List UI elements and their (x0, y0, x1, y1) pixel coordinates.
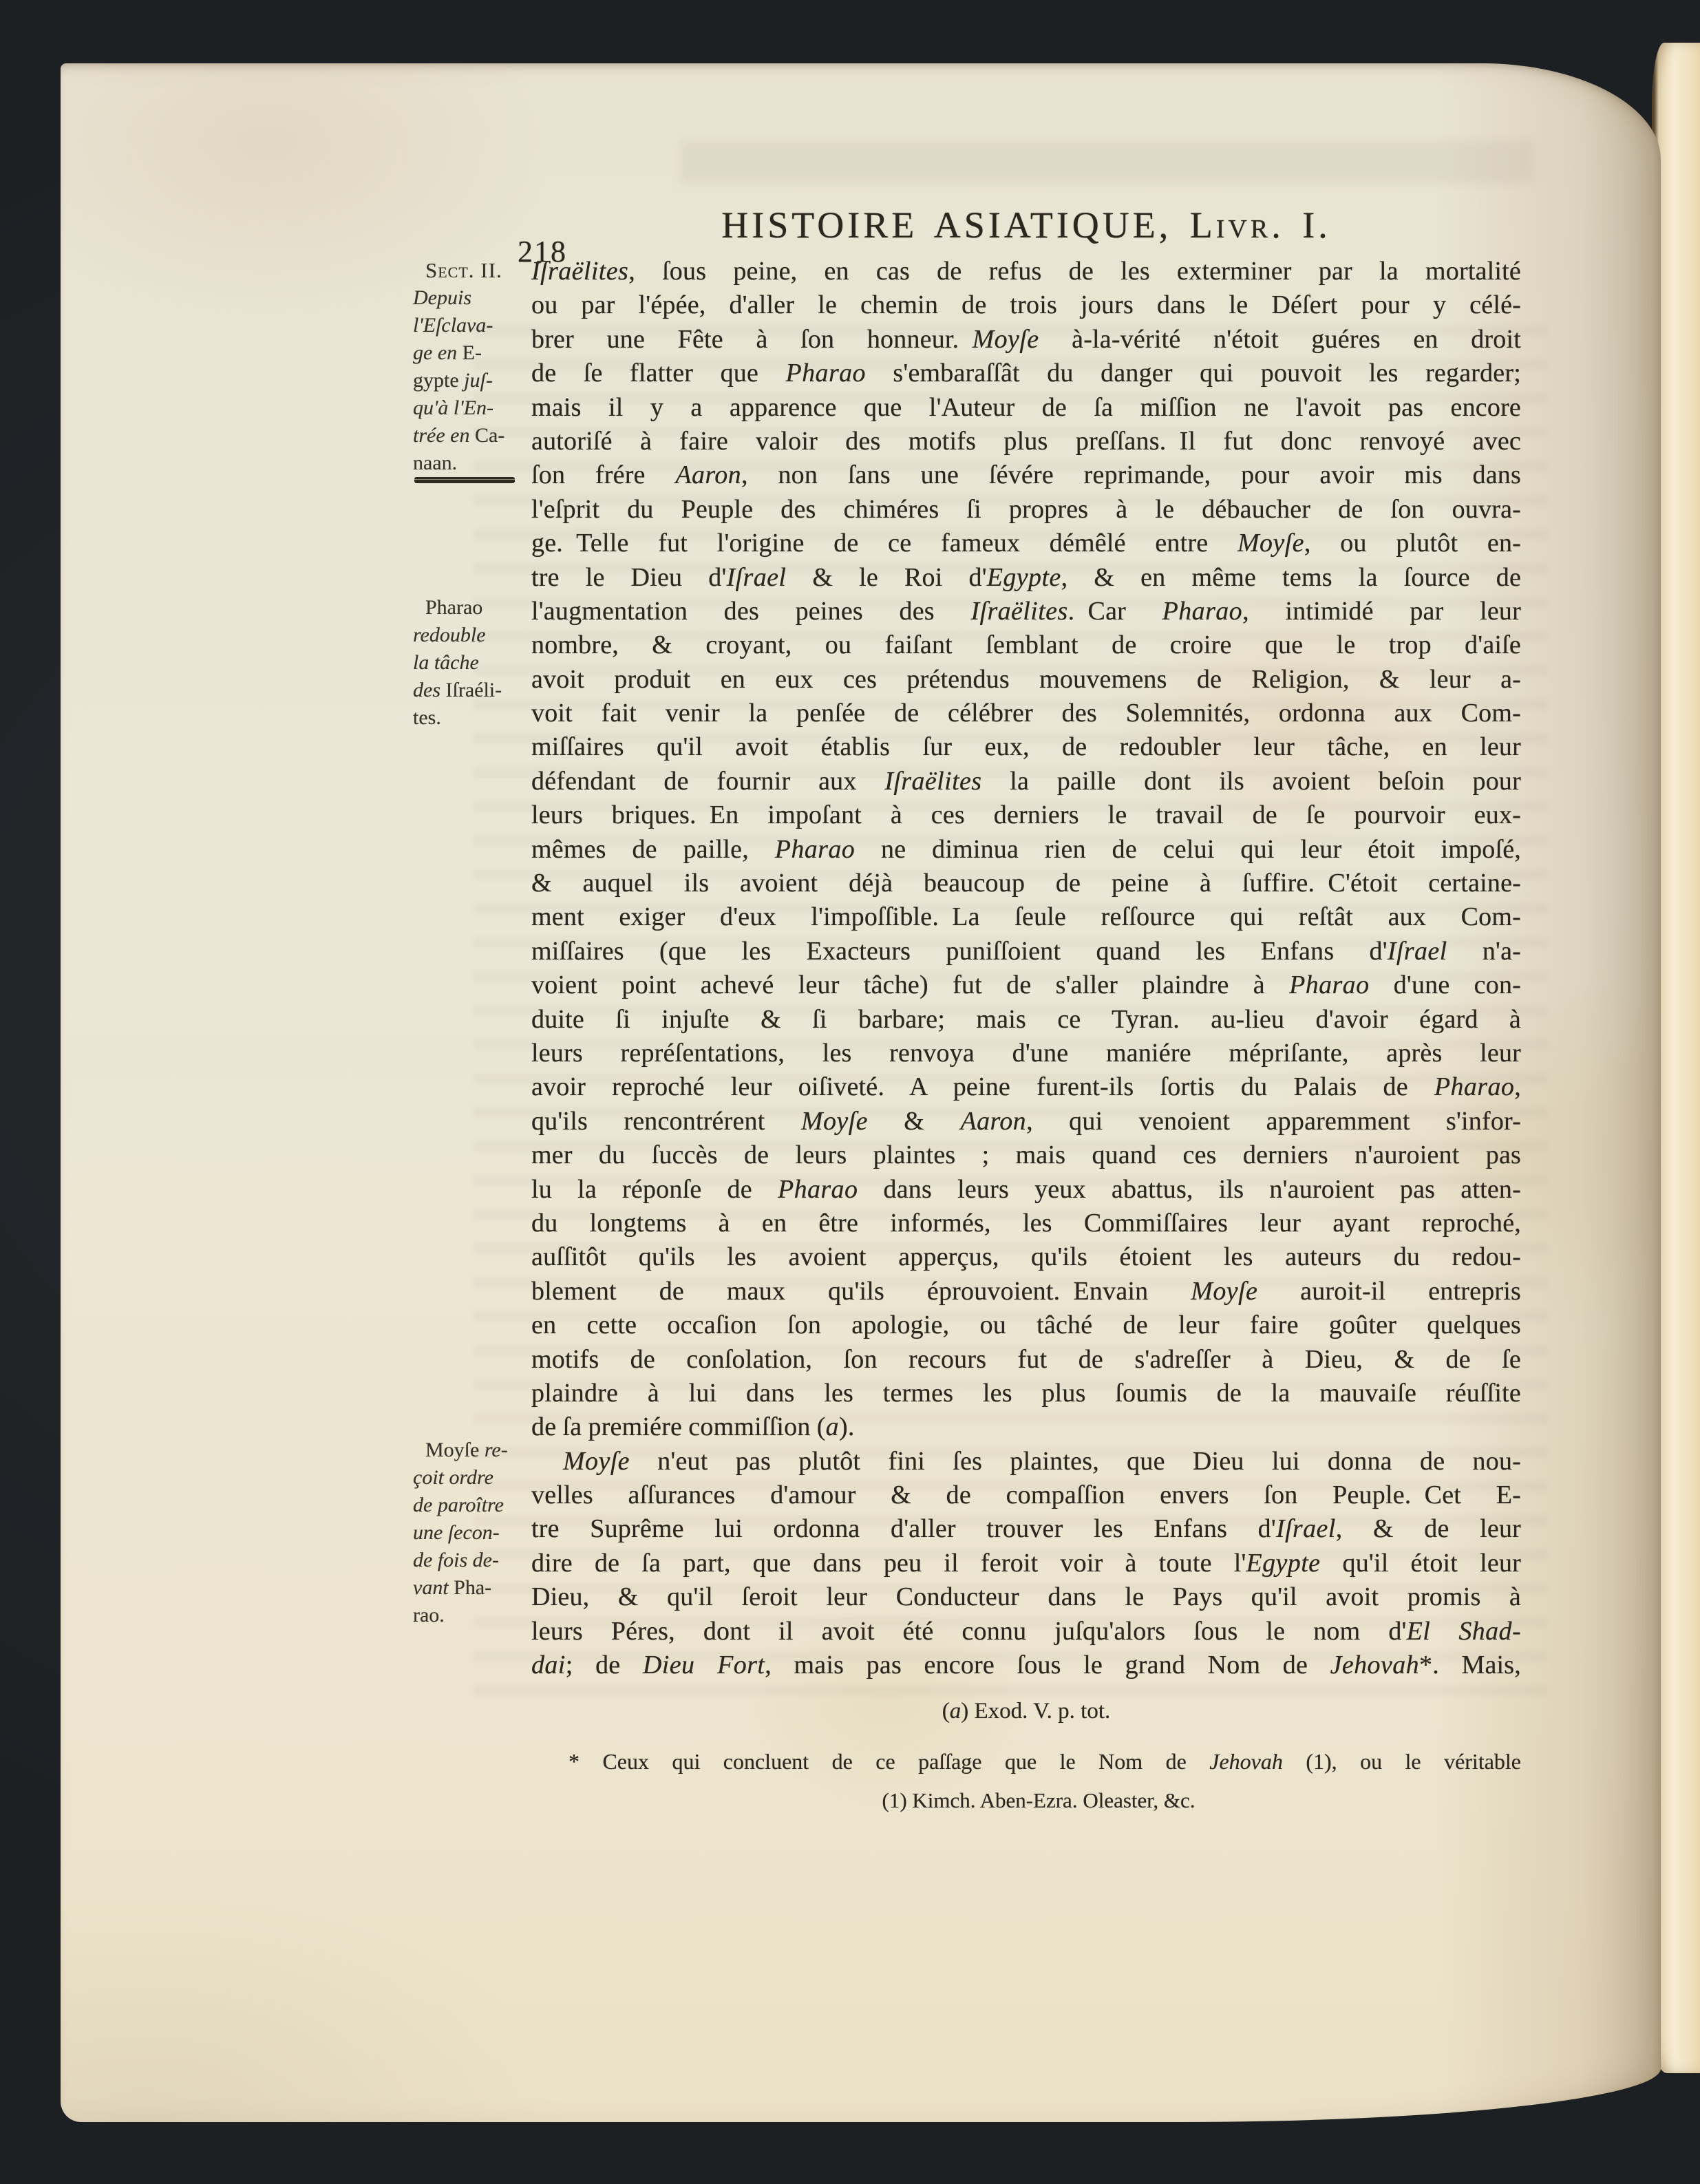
section-divider-rule (414, 477, 515, 483)
text-line: nombre, & croyant, ou faiſant ſemblant d… (531, 628, 1521, 662)
footnote-1: (1) Kimch. Aben-Ezra. Oleaster, &c. (544, 1788, 1533, 1813)
text-line: & auquel ils avoient déjà beaucoup de pe… (531, 867, 1521, 900)
margin-note-line: redouble (413, 622, 534, 649)
text-line: leurs briques. En impoſant à ces dernier… (531, 798, 1521, 832)
text-line: autoriſé à faire valoir des motifs plus … (531, 425, 1521, 458)
text-line: de ſa premiére commiſſion (a). (531, 1410, 1521, 1444)
text-line: défendant de fournir aux Iſraëlites la p… (531, 765, 1521, 798)
text-line: velles aſſurances d'amour & de compaſſio… (531, 1478, 1521, 1512)
text-line: tre Suprême lui ordonna d'aller trouver … (531, 1512, 1521, 1546)
text-line: mais il y a apparence que l'Auteur de ſa… (531, 391, 1521, 425)
book-page: 218 HISTOIRE ASIATIQUE, Livr. I. Sect. I… (61, 63, 1661, 2122)
text-line: ment exiger d'eux l'impoſſible. La ſeule… (531, 900, 1521, 934)
text-line: voit fait venir la penſée de célébrer de… (531, 697, 1521, 730)
text-line: leurs repréſentations, les renvoya d'une… (531, 1037, 1521, 1070)
body-text: Iſraëlites, ſous peine, en cas de refus … (531, 255, 1521, 1682)
text-line: leurs Péres, dont il avoit été connu juſ… (531, 1615, 1521, 1648)
header-title: HISTOIRE ASIATIQUE, (721, 204, 1171, 246)
text-line: motifs de conſolation, ſon recours fut d… (531, 1343, 1521, 1377)
margin-note-line: tes. (413, 704, 534, 732)
text-line: en cette occaſion ſon apologie, ou tâché… (531, 1308, 1521, 1342)
text-line: l'augmentation des peines des Iſraëlites… (531, 595, 1521, 628)
text-line: dai; de Dieu Fort, mais pas encore ſous … (531, 1648, 1521, 1682)
text-line: Moyſe n'eut pas plutôt fini ſes plaintes… (531, 1445, 1521, 1478)
margin-note-line: gypte juſ- (413, 367, 534, 394)
text-line: avoir reproché leur oiſiveté. A peine fu… (531, 1070, 1521, 1104)
text-line: de ſe flatter que Pharao s'embaraſſât du… (531, 357, 1521, 390)
margin-note-line: la tâche (413, 649, 534, 677)
text-line: ſon frére Aaron, non ſans une ſévére rep… (531, 458, 1521, 492)
text-line: Iſraëlites, ſous peine, en cas de refus … (531, 255, 1521, 288)
margin-note-line: qu'à l'En- (413, 394, 534, 422)
text-line: plaindre à lui dans les termes les plus … (531, 1377, 1521, 1410)
margin-note-line: des Iſraéli- (413, 677, 534, 704)
margin-note-line: trée en Ca- (413, 422, 534, 449)
margin-note: Sect. II.Depuisl'Eſclava-ge en E-gypte j… (413, 257, 534, 477)
margin-note-line: çoit ordre (413, 1464, 534, 1492)
text-line: du longtems à en être informés, les Comm… (531, 1207, 1521, 1240)
text-line: mêmes de paille, Pharao ne diminua rien … (531, 833, 1521, 867)
margin-note-line: l'Eſclava- (413, 312, 534, 339)
text-line: ou par l'épée, d'aller le chemin de troi… (531, 288, 1521, 322)
text-line: duite ſi injuſte & ſi barbare; mais ce T… (531, 1003, 1521, 1037)
text-line: Dieu, & qu'il ſeroit leur Conducteur dan… (531, 1580, 1521, 1614)
text-line: blement de maux qu'ils éprouvoient. Enva… (531, 1275, 1521, 1308)
section-heading: Sect. II. (413, 257, 534, 284)
text-line: miſſaires (que les Exacteurs puniſſoient… (531, 935, 1521, 968)
scanned-book-photo: 218 HISTOIRE ASIATIQUE, Livr. I. Sect. I… (0, 0, 1700, 2184)
margin-note-line: ge en E- (413, 339, 534, 367)
footnote-a: (a) Exod. V. p. tot. (531, 1699, 1521, 1724)
text-line: brer une Fête à ſon honneur. Moyſe à-la-… (531, 323, 1521, 357)
text-line: tre le Dieu d'Iſrael & le Roi d'Egypte, … (531, 561, 1521, 595)
margin-note-line: Depuis (413, 284, 534, 312)
text-line: auſſitôt qu'ils les avoient apperçus, qu… (531, 1240, 1521, 1274)
running-header: HISTOIRE ASIATIQUE, Livr. I. (531, 204, 1521, 246)
text-line: l'eſprit du Peuple des chiméres ſi propr… (531, 493, 1521, 527)
footnote-star: * Ceux qui concluent de ce paſſage que l… (531, 1749, 1521, 1779)
margin-note-line: de fois de- (413, 1547, 534, 1574)
margin-note-line: vant Pha- (413, 1574, 534, 1602)
margin-note-line: de paroître (413, 1492, 534, 1519)
text-line: dire de ſa part, que dans peu il feroit … (531, 1547, 1521, 1580)
margin-note-line: une ſecon- (413, 1519, 534, 1547)
text-line: qu'ils rencontrérent Moyſe & Aaron, qui … (531, 1105, 1521, 1138)
text-line: mer du ſuccès de leurs plaintes ; mais q… (531, 1138, 1521, 1172)
margin-note-line: naan. (413, 449, 534, 477)
header-book-label: Livr. I. (1190, 204, 1331, 246)
showthrough-header-texture (680, 140, 1533, 183)
margin-note-line: rao. (413, 1602, 534, 1629)
text-line: ge. Telle fut l'origine de ce fameux dém… (531, 527, 1521, 560)
text-line: voient point achevé leur tâche) fut de s… (531, 968, 1521, 1002)
text-line: avoit produit en eux ces prétendus mouve… (531, 663, 1521, 697)
margin-note-line: Moyſe re- (413, 1436, 534, 1464)
margin-note: Pharaoredoublela tâchedes Iſraéli-tes. (413, 594, 534, 732)
margin-note-line: Pharao (413, 594, 534, 622)
text-line: lu la réponſe de Pharao dans leurs yeux … (531, 1173, 1521, 1207)
margin-note: Moyſe re-çoit ordrede paroîtreune ſecon-… (413, 1436, 534, 1629)
text-line: miſſaires qu'il avoit établis ſur eux, d… (531, 730, 1521, 764)
